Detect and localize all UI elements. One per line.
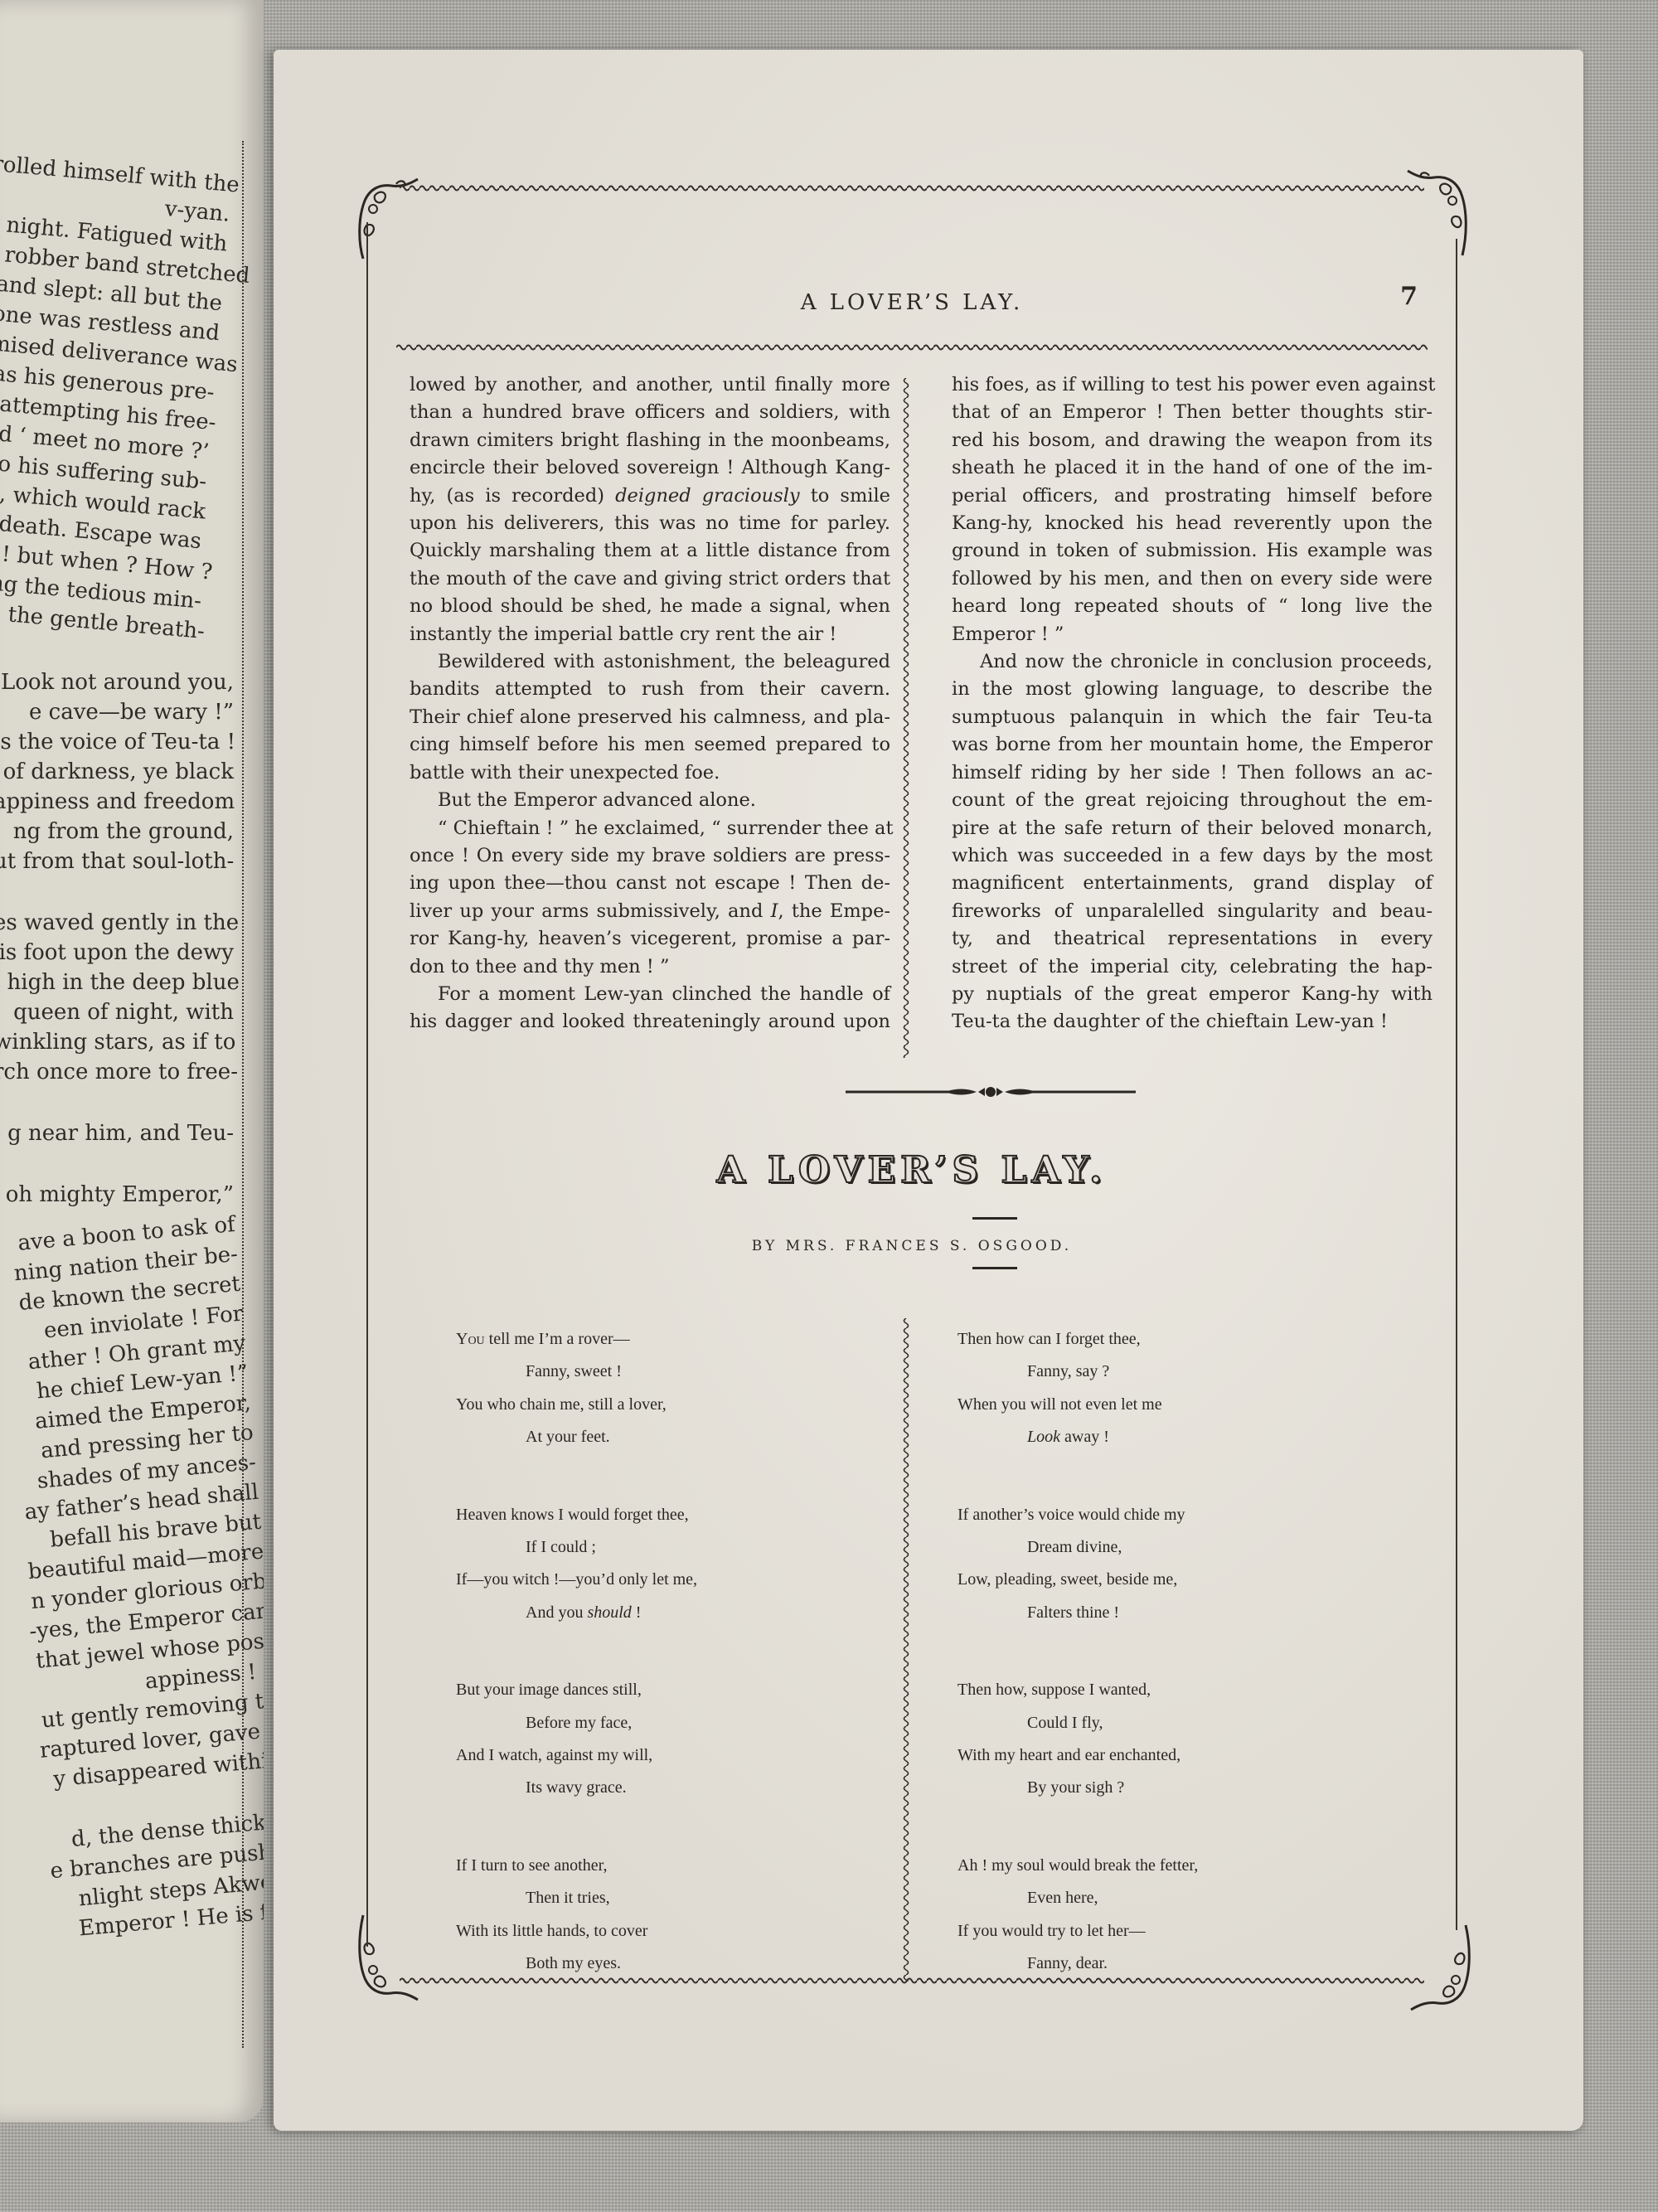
poem-line: Falters thine ! <box>957 1597 1372 1629</box>
facing-page-text: rolled himself with thev-yan.night. Fati… <box>0 170 234 1928</box>
poem-line: You tell me I’m a rover— <box>456 1323 870 1356</box>
prose-line: in the most glowing language, to describ… <box>952 676 1433 703</box>
facing-page-line: ut from that soul-loth- <box>0 846 234 876</box>
page-number: 7 <box>1400 282 1418 311</box>
prose-line: instantly the imperial battle cry rent t… <box>410 621 890 648</box>
facing-page-line: e cave—be wary !” <box>0 697 234 727</box>
prose-line: Their chief alone preserved his calmness… <box>410 704 890 731</box>
facing-page-line: es waved gently in the <box>0 908 234 938</box>
prose-line: ing upon thee—thou canst not escape ! Th… <box>410 870 890 897</box>
flourish-corner-top-right-icon <box>1404 167 1471 259</box>
prose-line: sheath he placed it in the hand of one o… <box>952 454 1433 482</box>
poem-line: Fanny, say ? <box>957 1356 1372 1388</box>
facing-page-line: is foot upon the dewy <box>0 938 234 968</box>
poem-line: Fanny, sweet ! <box>456 1356 870 1388</box>
prose-line: upon his deliverers, this was no time fo… <box>410 510 890 537</box>
prose-line: count of the great rejoicing throughout … <box>952 787 1433 814</box>
poem-line: If you would try to let her— <box>957 1915 1372 1948</box>
facing-page-line: rch once more to free- <box>0 1057 234 1087</box>
poem-column-right: Then how can I forget thee,Fanny, say ?W… <box>957 1323 1372 2025</box>
prose-line: Bewildered with astonishment, the beleag… <box>410 648 890 676</box>
prose-line: pire at the safe return of their beloved… <box>952 815 1433 842</box>
facing-page-text-block-3: ave a boon to ask ofning nation their be… <box>0 1210 264 1946</box>
prose-line: which was succeeded in a few days by the… <box>952 842 1433 870</box>
prose-line: For a moment Lew-yan clinched the handle… <box>410 981 890 1008</box>
poem-line: By your sigh ? <box>957 1772 1372 1804</box>
prose-line: Teu-ta the daughter of the chieftain Lew… <box>952 1008 1433 1036</box>
poem-title: A LOVER’S LAY. <box>366 1149 1457 1191</box>
facing-page-line: oh mighty Emperor,” <box>0 1180 234 1210</box>
prose-line: the mouth of the cave and giving strict … <box>410 565 890 593</box>
prose-line: his dagger and looked threateningly arou… <box>410 1008 890 1036</box>
poem-line: Before my face, <box>456 1707 870 1739</box>
facing-page-line: , high in the deep blue <box>0 968 234 997</box>
prose-line: magnificent entertainments, grand displa… <box>952 870 1433 897</box>
byline-rule-top <box>972 1217 1017 1220</box>
prose-line: encircle their beloved sovereign ! Altho… <box>410 454 890 482</box>
poem-line: If I turn to see another, <box>456 1850 870 1882</box>
facing-page-line: winkling stars, as if to <box>0 1027 234 1057</box>
prose-column-right: his foes, as if willing to test his powe… <box>952 371 1433 1036</box>
prose-line: ror Kang-hy, heaven’s vicegerent, promis… <box>410 925 890 953</box>
poem-line: Heaven knows I would forget thee, <box>456 1499 870 1531</box>
facing-page: rolled himself with thev-yan.night. Fati… <box>0 0 264 2122</box>
facing-page-line: is the voice of Teu-ta ! <box>0 727 234 757</box>
poem-line: Low, pleading, sweet, beside me, <box>957 1564 1372 1596</box>
paragraph-gap <box>0 876 234 908</box>
prose-line: followed by his men, and then on every s… <box>952 565 1433 593</box>
frame-left-rule <box>366 222 368 1947</box>
prose-line: Kang-hy, knocked his head reverently upo… <box>952 510 1433 537</box>
facing-page-text-block-1: rolled himself with thev-yan.night. Fati… <box>0 149 234 646</box>
poem-line: Could I fly, <box>957 1707 1372 1739</box>
prose-line: But the Emperor advanced alone. <box>410 787 890 814</box>
poem-line: At your feet. <box>456 1421 870 1453</box>
paragraph-gap <box>0 1148 234 1180</box>
prose-line: ground in token of submission. His examp… <box>952 537 1433 565</box>
poem-stanza: If another’s voice would chide myDream d… <box>957 1499 1372 1630</box>
poem-line: When you will not even let me <box>957 1389 1372 1421</box>
facing-page-line: Look not around you, <box>0 667 234 697</box>
poem-line: Its wavy grace. <box>456 1772 870 1804</box>
poem-column-divider-wavy <box>902 1318 910 1982</box>
header-wavy-rule <box>396 343 1428 352</box>
prose-line: cing himself before his men seemed prepa… <box>410 731 890 759</box>
paragraph-gap <box>0 1087 234 1118</box>
poem-line: Then it tries, <box>456 1882 870 1914</box>
facing-page-line: ng from the ground, <box>0 817 234 846</box>
flourish-corner-bottom-left-icon <box>355 1912 421 2003</box>
poem-byline: BY MRS. FRANCES S. OSGOOD. <box>366 1238 1457 1254</box>
poem-line: If I could ; <box>456 1531 870 1564</box>
prose-line: no blood should be shed, he made a signa… <box>410 593 890 620</box>
running-head: A LOVER’S LAY. <box>366 290 1457 315</box>
poem-stanza: You tell me I’m a rover—Fanny, sweet !Yo… <box>456 1323 870 1454</box>
poem-line: Then how can I forget thee, <box>957 1323 1372 1356</box>
facing-page-line: queen of night, with <box>0 997 234 1027</box>
facing-page-line: appiness and freedom <box>0 787 234 817</box>
prose-line: py nuptials of the great emperor Kang-hy… <box>952 981 1433 1008</box>
prose-line: street of the imperial city, celebrating… <box>952 953 1433 981</box>
facing-page-line: of darkness, ye black <box>0 757 234 787</box>
facing-page-text-block-2: Look not around you,e cave—be wary !”is … <box>0 667 234 1210</box>
prose-line: don to thee and thy men ! ” <box>410 953 890 981</box>
prose-line: “ Chieftain ! ” he exclaimed, “ surrende… <box>410 815 890 842</box>
prose-line: liver up your arms submissively, and I, … <box>410 898 890 925</box>
flourish-corner-bottom-right-icon <box>1408 1922 1474 2013</box>
frame-top-wavy-rule <box>400 184 1424 192</box>
prose-line: lowed by another, and another, until fin… <box>410 371 890 399</box>
poem-line: And you should ! <box>456 1597 870 1629</box>
prose-line: red his bosom, and drawing the weapon fr… <box>952 427 1433 454</box>
prose-line: And now the chronicle in conclusion proc… <box>952 648 1433 676</box>
prose-line: than a hundred brave officers and soldie… <box>410 399 890 426</box>
poem-line: Ah ! my soul would break the fetter, <box>957 1850 1372 1882</box>
poem-stanza: If I turn to see another,Then it tries,W… <box>456 1850 870 1981</box>
prose-line: hy, (as is recorded) deigned graciously … <box>410 483 890 510</box>
prose-line: once ! On every side my brave soldiers a… <box>410 842 890 870</box>
prose-line: fireworks of unparalelled singularity an… <box>952 898 1433 925</box>
prose-line: heard long repeated shouts of “ long liv… <box>952 593 1433 620</box>
poem-line: If another’s voice would chide my <box>957 1499 1372 1531</box>
prose-line: Quickly marshaling them at a little dist… <box>410 537 890 565</box>
facing-page-line: g near him, and Teu- <box>0 1118 234 1148</box>
poem-column-left: You tell me I’m a rover—Fanny, sweet !Yo… <box>456 1323 870 2025</box>
frame-right-rule <box>1456 239 1457 1930</box>
prose-line: sumptuous palanquin in which the fair Te… <box>952 704 1433 731</box>
column-divider-wavy <box>902 378 910 1058</box>
poem-line: With its little hands, to cover <box>456 1915 870 1948</box>
prose-line: Emperor ! ” <box>952 621 1433 648</box>
poem-line: Dream divine, <box>957 1531 1372 1564</box>
prose-line: battle with their unexpected foe. <box>410 759 890 787</box>
poem-stanza: Ah ! my soul would break the fetter,Even… <box>957 1850 1372 1981</box>
prose-line: perial officers, and prostrating himself… <box>952 483 1433 510</box>
poem-stanza: Then how, suppose I wanted,Could I fly,W… <box>957 1674 1372 1805</box>
poem-stanza: Then how can I forget thee,Fanny, say ?W… <box>957 1323 1372 1454</box>
prose-line: ty, and theatrical representations in ev… <box>952 925 1433 953</box>
poem-line: And I watch, against my will, <box>456 1739 870 1772</box>
prose-line: his foes, as if willing to test his powe… <box>952 371 1433 399</box>
poem-line: Look away ! <box>957 1421 1372 1453</box>
poem-line: You who chain me, still a lover, <box>456 1389 870 1421</box>
poem-stanza: Heaven knows I would forget thee,If I co… <box>456 1499 870 1630</box>
prose-line: drawn cimiters bright flashing in the mo… <box>410 427 890 454</box>
prose-column-left: lowed by another, and another, until fin… <box>410 371 890 1036</box>
prose-line: bandits attempted to rush from their cav… <box>410 676 890 703</box>
prose-line: that of an Emperor ! Then better thought… <box>952 399 1433 426</box>
byline-rule-bottom <box>972 1267 1017 1269</box>
poem-stanza: But your image dances still,Before my fa… <box>456 1674 870 1805</box>
ornamental-frame: A LOVER’S LAY. 7 lowed by another, and a… <box>366 189 1457 1980</box>
section-divider-ornament-icon <box>846 1083 1136 1101</box>
poem-line: Even here, <box>957 1882 1372 1914</box>
poem-line: Both my eyes. <box>456 1948 870 1980</box>
poem-line: If—you witch !—you’d only let me, <box>456 1564 870 1596</box>
book-page: A LOVER’S LAY. 7 lowed by another, and a… <box>274 50 1583 2131</box>
poem-line: With my heart and ear enchanted, <box>957 1739 1372 1772</box>
prose-line: himself riding by her side ! Then follow… <box>952 759 1433 787</box>
poem-line: Fanny, dear. <box>957 1948 1372 1980</box>
prose-line: was borne from her mountain home, the Em… <box>952 731 1433 759</box>
poem-line: Then how, suppose I wanted, <box>957 1674 1372 1706</box>
poem-line: But your image dances still, <box>456 1674 870 1706</box>
